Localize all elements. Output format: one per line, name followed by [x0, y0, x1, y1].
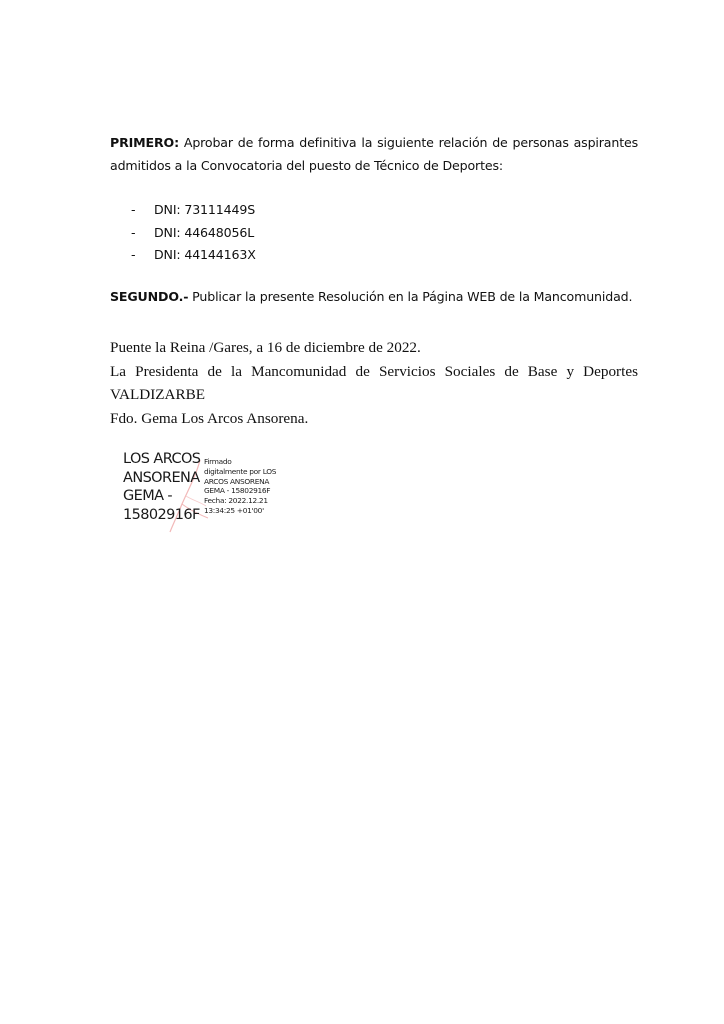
list-item: - DNI: 44648056L: [131, 222, 256, 245]
resolution-second-point: SEGUNDO.- Publicar la presente Resolució…: [110, 287, 632, 307]
organization-name: VALDIZARBE: [110, 383, 638, 407]
list-bullet: -: [131, 222, 154, 245]
list-bullet: -: [131, 199, 154, 222]
candidate-dni: DNI: 44648056L: [154, 222, 254, 245]
first-point-label: PRIMERO:: [110, 135, 179, 150]
signatory-role: La Presidenta de la Mancomunidad de Serv…: [110, 360, 638, 384]
second-point-text: Publicar la presente Resolución en la Pá…: [188, 289, 632, 304]
digital-signature-stamp: LOS ARCOS ANSORENA GEMA - 15802916F Firm…: [120, 450, 320, 530]
list-item: - DNI: 73111449S: [131, 199, 256, 222]
list-item: - DNI: 44144163X: [131, 244, 256, 267]
closing-block: Puente la Reina /Gares, a 16 de diciembr…: [110, 336, 638, 430]
signer-name: LOS ARCOS ANSORENA GEMA - 15802916F: [123, 450, 200, 524]
signed-by: Fdo. Gema Los Arcos Ansorena.: [110, 407, 638, 431]
second-point-label: SEGUNDO.-: [110, 289, 188, 304]
first-point-text: Aprobar de forma definitiva la siguiente…: [110, 135, 638, 173]
signature-details: Firmado digitalmente por LOS ARCOS ANSOR…: [204, 457, 276, 516]
admitted-candidates-list: - DNI: 73111449S - DNI: 44648056L - DNI:…: [131, 199, 256, 267]
document-page: PRIMERO: Aprobar de forma definitiva la …: [0, 0, 724, 1024]
place-date: Puente la Reina /Gares, a 16 de diciembr…: [110, 336, 638, 360]
resolution-first-point: PRIMERO: Aprobar de forma definitiva la …: [110, 131, 638, 177]
list-bullet: -: [131, 244, 154, 267]
candidate-dni: DNI: 44144163X: [154, 244, 256, 267]
candidate-dni: DNI: 73111449S: [154, 199, 255, 222]
